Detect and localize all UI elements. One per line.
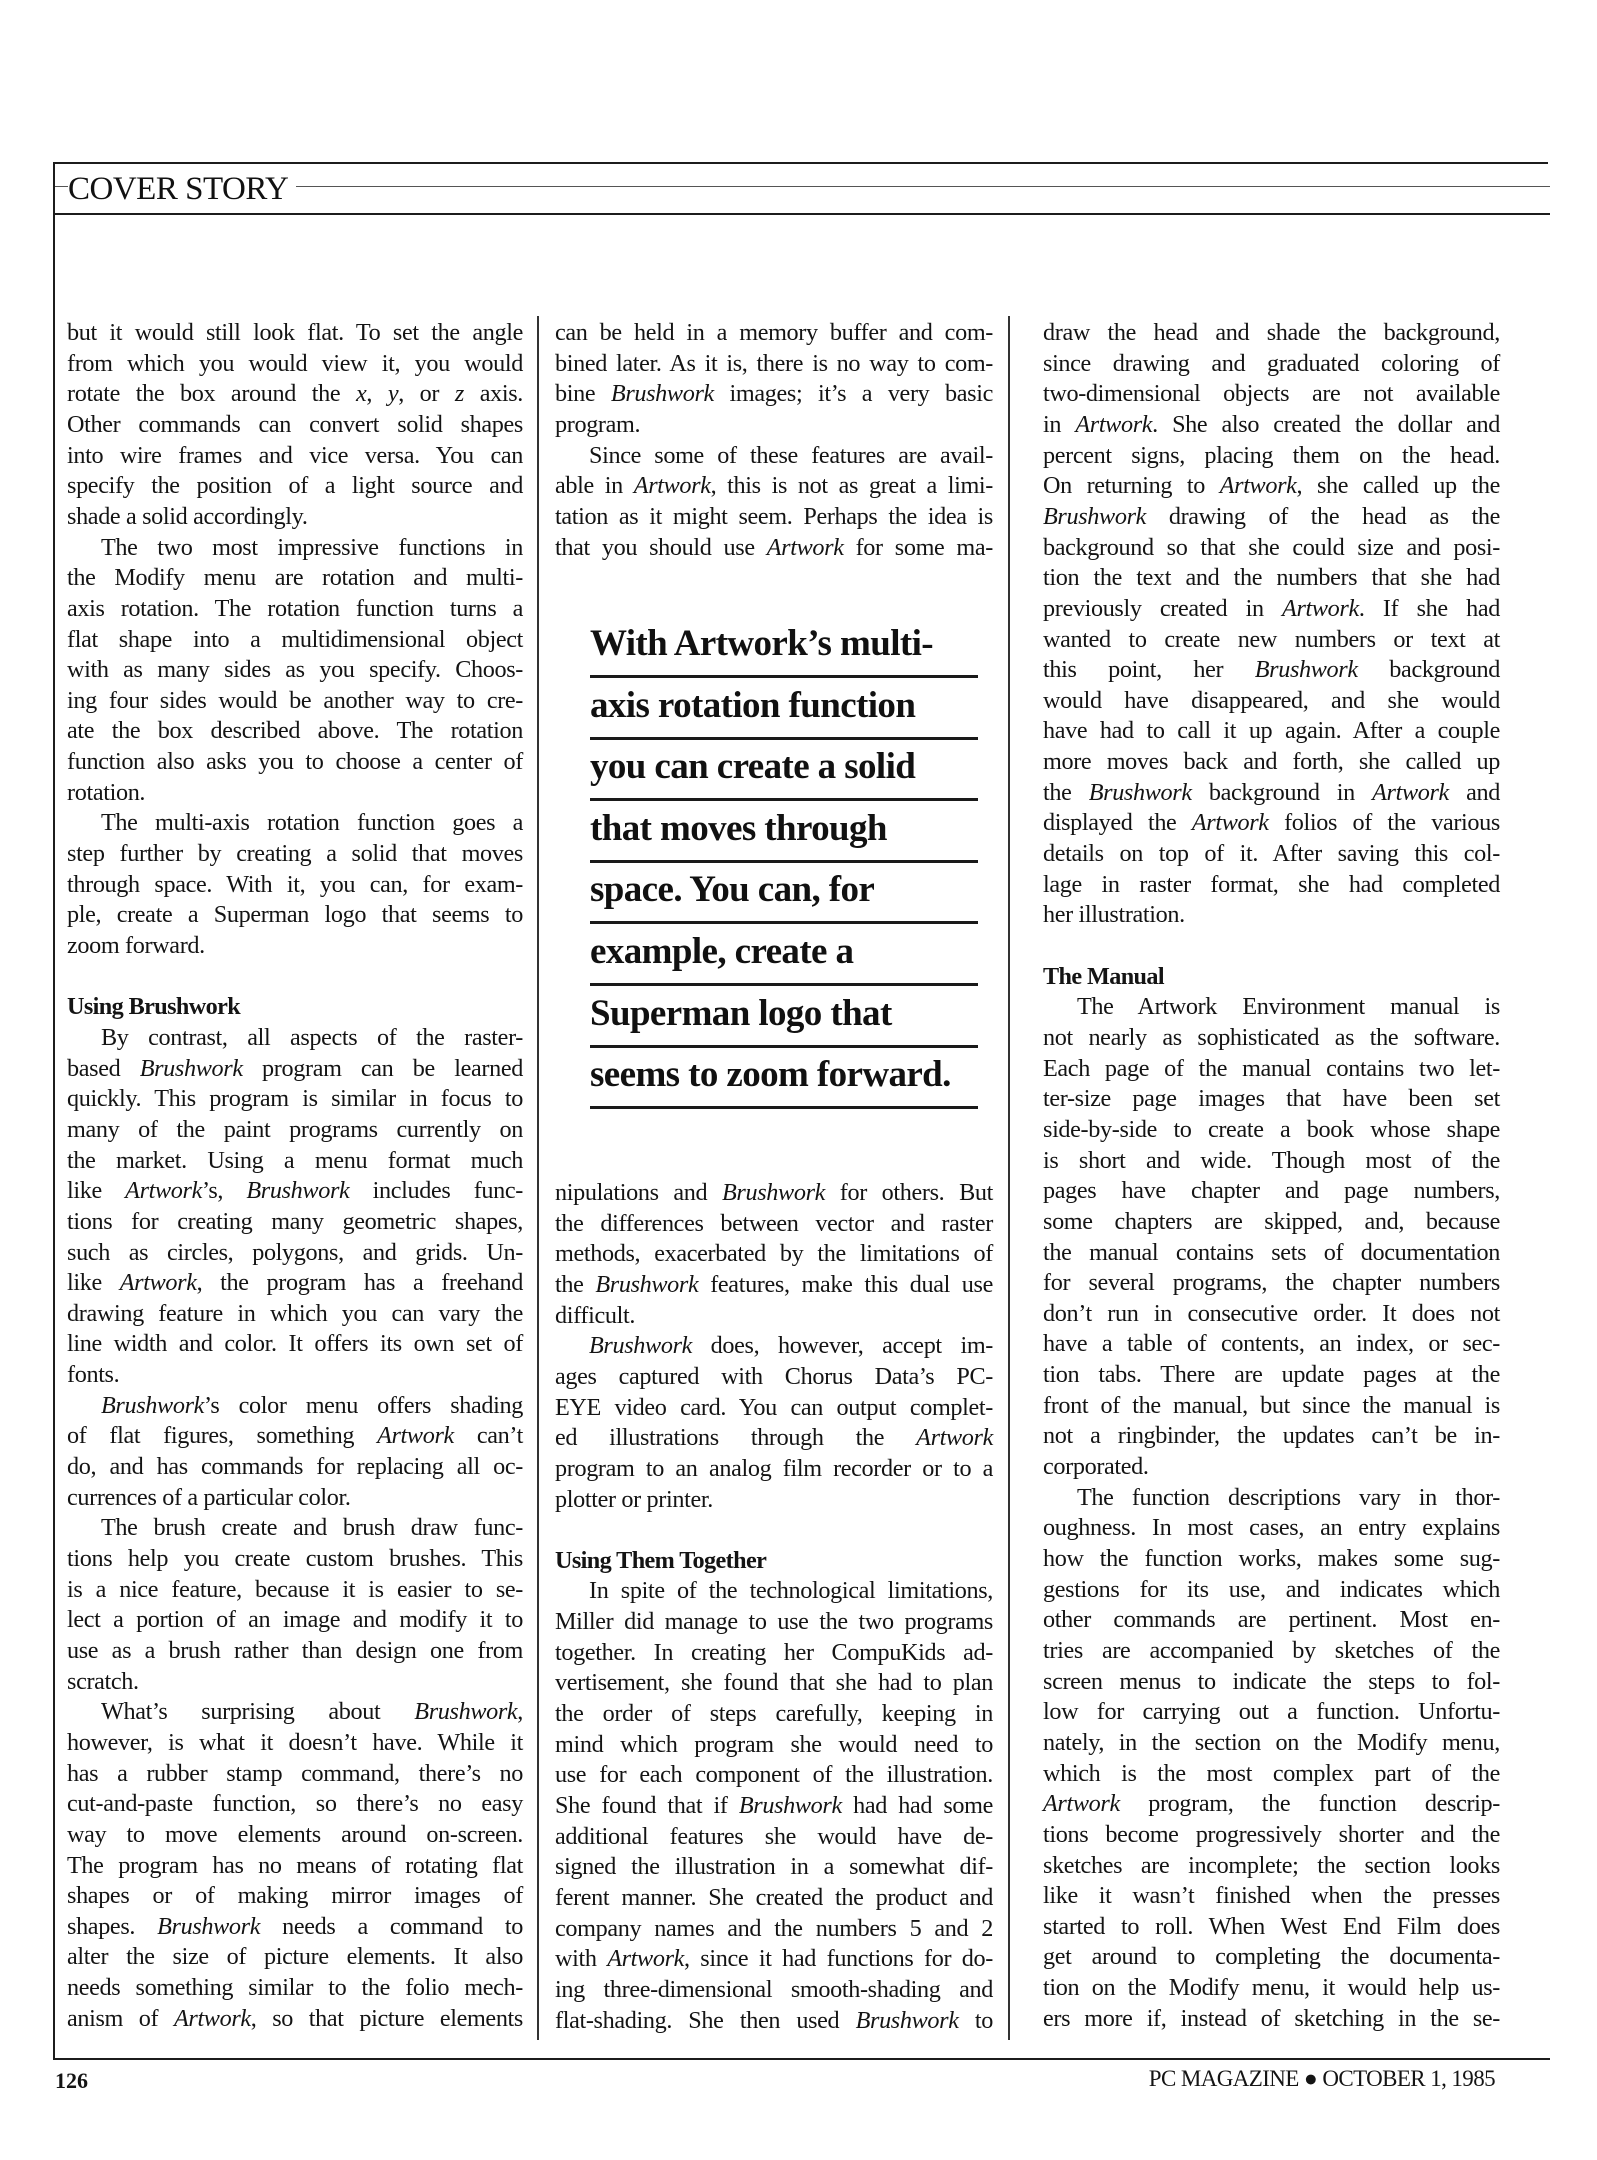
text-line: wanted to create new numbers or text at <box>1043 625 1500 655</box>
publication-dateline: PC MAGAZINE ● OCTOBER 1, 1985 <box>1149 2066 1495 2092</box>
text-line: ing four sides would be another way to c… <box>67 686 523 716</box>
text-line: program to an analog film recorder or to… <box>555 1454 993 1484</box>
column-divider-2 <box>1008 316 1010 2040</box>
text-line: bined later. As it is, there is no way t… <box>555 349 993 379</box>
text-line: The program has no means of rotating fla… <box>67 1851 523 1881</box>
text-line: specify the position of a light source a… <box>67 471 523 501</box>
pull-quote-line: With Artwork’s multi- <box>590 622 978 666</box>
text-line: nately, in the section on the Modify men… <box>1043 1728 1500 1758</box>
text-line: Other commands can convert solid shapes <box>67 410 523 440</box>
text-line: cut-and-paste function, so there’s no ea… <box>67 1789 523 1819</box>
text-line: She found that if Brushwork had had some <box>555 1791 993 1821</box>
text-line: By contrast, all aspects of the raster- <box>67 1023 523 1053</box>
pull-quote-rule <box>590 798 978 801</box>
header-bottom-rule <box>53 213 1550 215</box>
text-line: plotter or printer. <box>555 1485 993 1515</box>
text-line: the manual contains sets of documentatio… <box>1043 1238 1500 1268</box>
text-line: The Artwork Environment manual is <box>1043 992 1500 1022</box>
text-line: bine Brushwork images; it’s a very basic <box>555 379 993 409</box>
text-line: with as many sides as you specify. Choos… <box>67 655 523 685</box>
text-line: which is the most complex part of the <box>1043 1759 1500 1789</box>
section-heading: Using Brushwork <box>67 992 523 1022</box>
text-line: able in Artwork, this is not as great a … <box>555 471 993 501</box>
text-line: step further by creating a solid that mo… <box>67 839 523 869</box>
text-line: The two most impressive functions in <box>67 533 523 563</box>
text-line: use as a brush rather than design one fr… <box>67 1636 523 1666</box>
text-line: percent signs, placing them on the head. <box>1043 441 1500 471</box>
text-line: ate the box described above. The rotatio… <box>67 716 523 746</box>
text-line: front of the manual, but since the manua… <box>1043 1391 1500 1421</box>
text-line: ter-size page images that have been set <box>1043 1084 1500 1114</box>
section-heading: The Manual <box>1043 962 1500 992</box>
text-line: some chapters are skipped, and, because <box>1043 1207 1500 1237</box>
text-line: don’t run in consecutive order. It does … <box>1043 1299 1500 1329</box>
footer-rule <box>53 2058 1550 2060</box>
text-line: get around to completing the documenta- <box>1043 1942 1500 1972</box>
text-line: In spite of the technological limitation… <box>555 1576 993 1606</box>
page-number: 126 <box>55 2068 88 2094</box>
text-line: What’s surprising about Brushwork, <box>67 1697 523 1727</box>
pull-quote-line: Superman logo that <box>590 992 978 1036</box>
text-line: Each page of the manual contains two let… <box>1043 1054 1500 1084</box>
text-line: that you should use Artwork for some ma- <box>555 533 993 563</box>
text-line: like Artwork’s, Brushwork includes func- <box>67 1176 523 1206</box>
text-line: needs something similar to the folio mec… <box>67 1973 523 2003</box>
pull-quote-rule <box>590 921 978 924</box>
text-line: tion tabs. There are update pages at the <box>1043 1360 1500 1390</box>
text-line: rotation. <box>67 778 523 808</box>
text-line: tions help you create custom brushes. Th… <box>67 1544 523 1574</box>
pull-quote-line: seems to zoom forward. <box>590 1053 978 1097</box>
text-line: have a table of contents, an index, or s… <box>1043 1329 1500 1359</box>
text-line: like it wasn’t finished when the presses <box>1043 1881 1500 1911</box>
text-line: nipulations and Brushwork for others. Bu… <box>555 1178 993 1208</box>
text-line: like Artwork, the program has a freehand <box>67 1268 523 1298</box>
text-line: the differences between vector and raste… <box>555 1209 993 1239</box>
text-line: low for carrying out a function. Unfortu… <box>1043 1697 1500 1727</box>
text-line: other commands are pertinent. Most en- <box>1043 1605 1500 1635</box>
text-line: The brush create and brush draw func- <box>67 1513 523 1543</box>
text-line: On returning to Artwork, she called up t… <box>1043 471 1500 501</box>
text-line: corporated. <box>1043 1452 1500 1482</box>
text-line: is a nice feature, because it is easier … <box>67 1575 523 1605</box>
text-line: lect a portion of an image and modify it… <box>67 1605 523 1635</box>
text-line: ages captured with Chorus Data’s PC- <box>555 1362 993 1392</box>
text-line: gestions for its use, and indicates whic… <box>1043 1575 1500 1605</box>
pull-quote-rule <box>590 675 978 678</box>
pull-quote-line: you can create a solid <box>590 745 978 789</box>
text-line: her illustration. <box>1043 900 1500 930</box>
text-line: can be held in a memory buffer and com- <box>555 318 993 348</box>
text-line: mind which program she would need to <box>555 1730 993 1760</box>
text-line: is short and wide. Though most of the <box>1043 1146 1500 1176</box>
pull-quote-rule <box>590 1045 978 1048</box>
text-line: tions for creating many geometric shapes… <box>67 1207 523 1237</box>
text-line: the Brushwork features, make this dual u… <box>555 1270 993 1300</box>
text-line: way to move elements around on-screen. <box>67 1820 523 1850</box>
text-line: how the function works, makes some sug- <box>1043 1544 1500 1574</box>
text-line: lage in raster format, she had completed <box>1043 870 1500 900</box>
text-line: program. <box>555 410 993 440</box>
pull-quote-line: space. You can, for <box>590 868 978 912</box>
pull-quote-rule <box>590 860 978 863</box>
text-line: the Brushwork background in Artwork and <box>1043 778 1500 808</box>
text-line: ers more if, instead of sketching in the… <box>1043 2004 1500 2034</box>
text-line: based Brushwork program can be learned <box>67 1054 523 1084</box>
page-frame-left-border <box>53 162 55 2060</box>
text-line: quickly. This program is similar in focu… <box>67 1084 523 1114</box>
text-line: not nearly as sophisticated as the softw… <box>1043 1023 1500 1053</box>
text-line: previously created in Artwork. If she ha… <box>1043 594 1500 624</box>
text-line <box>1043 931 1500 961</box>
text-line: signed the illustration in a somewhat di… <box>555 1852 993 1882</box>
text-line: the Modify menu are rotation and multi- <box>67 563 523 593</box>
text-line: Brushwork does, however, accept im- <box>555 1331 993 1361</box>
text-line: flat-shading. She then used Brushwork to <box>555 2006 993 2036</box>
text-line: do, and has commands for replacing all o… <box>67 1452 523 1482</box>
text-line: shapes. Brushwork needs a command to <box>67 1912 523 1942</box>
text-line: this point, her Brushwork background <box>1043 655 1500 685</box>
text-line: The multi-axis rotation function goes a <box>67 808 523 838</box>
text-line: displayed the Artwork folios of the vari… <box>1043 808 1500 838</box>
text-line: such as circles, polygons, and grids. Un… <box>67 1238 523 1268</box>
text-line: pages have chapter and page numbers, <box>1043 1176 1500 1206</box>
column-divider-1 <box>537 316 539 2040</box>
section-label: COVER STORY <box>68 170 296 208</box>
text-line: drawing feature in which you can vary th… <box>67 1299 523 1329</box>
text-line: scratch. <box>67 1667 523 1697</box>
text-line: ing three-dimensional smooth-shading and <box>555 1975 993 2005</box>
pull-quote-rule <box>590 737 978 740</box>
text-line: from which you would view it, you would <box>67 349 523 379</box>
text-line: fonts. <box>67 1360 523 1390</box>
text-line: flat shape into a multidimensional objec… <box>67 625 523 655</box>
text-line: company names and the numbers 5 and 2 <box>555 1914 993 1944</box>
text-line: ed illustrations through the Artwork <box>555 1423 993 1453</box>
text-line: for several programs, the chapter number… <box>1043 1268 1500 1298</box>
text-line: has a rubber stamp command, there’s no <box>67 1759 523 1789</box>
text-line: in Artwork. She also created the dollar … <box>1043 410 1500 440</box>
text-line: have had to call it up again. After a co… <box>1043 716 1500 746</box>
text-line: Brushwork drawing of the head as the <box>1043 502 1500 532</box>
text-line: would have disappeared, and she would <box>1043 686 1500 716</box>
text-line: more moves back and forth, she called up <box>1043 747 1500 777</box>
text-line: not a ringbinder, the updates can’t be i… <box>1043 1421 1500 1451</box>
text-line: into wire frames and vice versa. You can <box>67 441 523 471</box>
pull-quote-line: example, create a <box>590 930 978 974</box>
text-line: with Artwork, since it had functions for… <box>555 1944 993 1974</box>
text-line: shapes or of making mirror images of <box>67 1881 523 1911</box>
text-line: use for each component of the illustrati… <box>555 1760 993 1790</box>
text-line: tion on the Modify menu, it would help u… <box>1043 1973 1500 2003</box>
text-line: started to roll. When West End Film does <box>1043 1912 1500 1942</box>
pull-quote-rule <box>590 1106 978 1109</box>
text-line: but it would still look flat. To set the… <box>67 318 523 348</box>
text-line: since drawing and graduated coloring of <box>1043 349 1500 379</box>
text-line: draw the head and shade the background, <box>1043 318 1500 348</box>
header-top-rule <box>53 162 1548 164</box>
text-line: vertisement, she found that she had to p… <box>555 1668 993 1698</box>
pull-quote-line: that moves through <box>590 807 978 851</box>
text-line <box>67 962 523 992</box>
text-line: tion the text and the numbers that she h… <box>1043 563 1500 593</box>
text-line: screen menus to indicate the steps to fo… <box>1043 1667 1500 1697</box>
text-line: two-dimensional objects are not availabl… <box>1043 379 1500 409</box>
section-heading: Using Them Together <box>555 1546 993 1576</box>
pull-quote-line: axis rotation function <box>590 684 978 728</box>
text-line: together. In creating her CompuKids ad- <box>555 1638 993 1668</box>
text-line: Brushwork’s color menu offers shading <box>67 1391 523 1421</box>
text-line: ple, create a Superman logo that seems t… <box>67 900 523 930</box>
text-line: rotate the box around the x, y, or z axi… <box>67 379 523 409</box>
text-line: Miller did manage to use the two program… <box>555 1607 993 1637</box>
text-line: axis rotation. The rotation function tur… <box>67 594 523 624</box>
text-line: EYE video card. You can output complet- <box>555 1393 993 1423</box>
text-line: the market. Using a menu format much <box>67 1146 523 1176</box>
pull-quote-rule <box>590 983 978 986</box>
text-line: additional features she would have de- <box>555 1822 993 1852</box>
text-line: currences of a particular color. <box>67 1483 523 1513</box>
text-line: of flat figures, something Artwork can’t <box>67 1421 523 1451</box>
text-line: the order of steps carefully, keeping in <box>555 1699 993 1729</box>
text-line: difficult. <box>555 1301 993 1331</box>
text-line: details on top of it. After saving this … <box>1043 839 1500 869</box>
text-line: shade a solid accordingly. <box>67 502 523 532</box>
text-line <box>555 1515 993 1545</box>
text-line: sketches are incomplete; the section loo… <box>1043 1851 1500 1881</box>
text-line: tries are accompanied by sketches of the <box>1043 1636 1500 1666</box>
text-line: ferent manner. She created the product a… <box>555 1883 993 1913</box>
text-line: anism of Artwork, so that picture elemen… <box>67 2004 523 2034</box>
text-line: methods, exacerbated by the limitations … <box>555 1239 993 1269</box>
text-line: Since some of these features are avail- <box>555 441 993 471</box>
text-line: function also asks you to choose a cente… <box>67 747 523 777</box>
text-line: however, is what it doesn’t have. While … <box>67 1728 523 1758</box>
text-line: Artwork program, the function descrip- <box>1043 1789 1500 1819</box>
text-line: line width and color. It offers its own … <box>67 1329 523 1359</box>
text-line: many of the paint programs currently on <box>67 1115 523 1145</box>
text-line: side-by-side to create a book whose shap… <box>1043 1115 1500 1145</box>
text-line: tation as it might seem. Perhaps the ide… <box>555 502 993 532</box>
text-line: tions become progressively shorter and t… <box>1043 1820 1500 1850</box>
text-line: The function descriptions vary in thor- <box>1043 1483 1500 1513</box>
text-line: alter the size of picture elements. It a… <box>67 1942 523 1972</box>
text-line: zoom forward. <box>67 931 523 961</box>
text-line: oughness. In most cases, an entry explai… <box>1043 1513 1500 1543</box>
text-line: background so that she could size and po… <box>1043 533 1500 563</box>
text-line: through space. With it, you can, for exa… <box>67 870 523 900</box>
